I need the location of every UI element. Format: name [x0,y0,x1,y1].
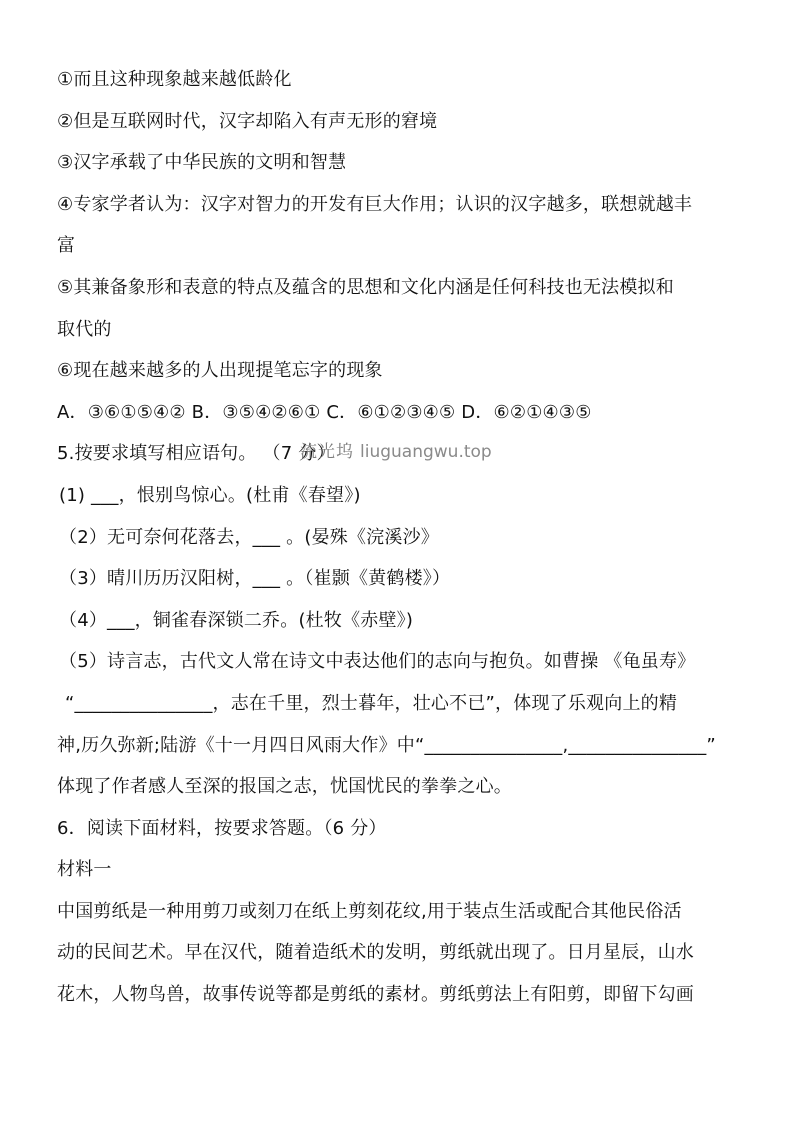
material-label: 材料一 [57,849,757,891]
q5-item-4: （4）___，铜雀春深锁二乔。(杜牧《赤壁》) [57,600,757,642]
material-paragraph-line-3: 花木，人物鸟兽，故事传说等都是剪纸的素材。剪纸剪法上有阳剪，即留下勾画 [57,974,757,1016]
sentence-5-continued: 取代的 [57,309,757,351]
question-5-title: 5.按要求填写相应语句。 （7 分） [57,433,757,475]
sentence-4-continued: 富 [57,225,757,267]
q5-item-5-line-2: “_______________，志在千里，烈士暮年，壮心不已”，体现了乐观向上… [57,683,757,725]
material-paragraph-line-1: 中国剪纸是一种用剪刀或刻刀在纸上剪刻花纹,用于装点生活或配合其他民俗活 [57,891,757,933]
q5-item-5-line-1: （5）诗言志，古代文人常在诗文中表达他们的志向与抱负。如曹操 《龟虽寿》 [57,641,757,683]
q5-item-5-line-3: 神,历久弥新;陆游《十一月四日风雨大作》中“_______________,__… [57,725,757,767]
material-paragraph-line-2: 动的民间艺术。早在汉代，随着造纸术的发明，剪纸就出现了。日月星辰，山水 [57,932,757,974]
q5-item-3: （3）晴川历历汉阳树，___ 。（崔颢《黄鹤楼》） [57,558,757,600]
sentence-5: ⑤其兼备象形和表意的特点及蕴含的思想和文化内涵是任何科技也无法模拟和 [57,267,757,309]
document-page: ①而且这种现象越来越低龄化 ②但是互联网时代，汉字却陷入有声无形的窘境 ③汉字承… [0,0,793,1122]
answer-options: A．③⑥①⑤④② B．③⑤④②⑥① C．⑥①②③④⑤ D．⑥②①④③⑤ [57,392,757,434]
sentence-4: ④专家学者认为：汉字对智力的开发有巨大作用；认识的汉字越多，联想就越丰 [57,184,757,226]
q5-item-2: （2）无可奈何花落去，___ 。(晏殊《浣溪沙》 [57,517,757,559]
sentence-3: ③汉字承载了中华民族的文明和智慧 [57,142,757,184]
sentence-2: ②但是互联网时代，汉字却陷入有声无形的窘境 [57,101,757,143]
document-content: ①而且这种现象越来越低龄化 ②但是互联网时代，汉字却陷入有声无形的窘境 ③汉字承… [57,59,757,1016]
q5-item-1: (1) ___，恨别鸟惊心。(杜甫《春望》) [57,475,757,517]
sentence-1: ①而且这种现象越来越低龄化 [57,59,757,101]
q5-item-5-line-4: 体现了作者感人至深的报国之志，忧国忧民的拳拳之心。 [57,766,757,808]
question-6-title: 6．阅读下面材料，按要求答题。（6 分） [57,808,757,850]
sentence-6: ⑥现在越来越多的人出现提笔忘字的现象 [57,350,757,392]
